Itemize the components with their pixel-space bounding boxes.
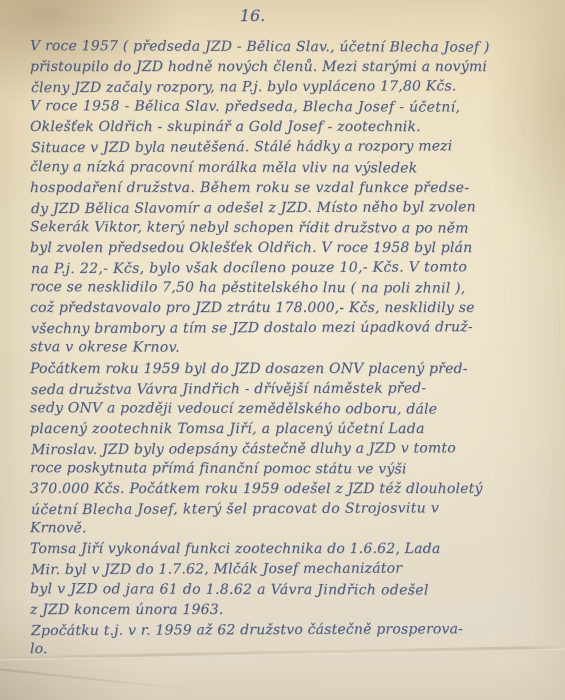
handwritten-line: Počátkem roku 1959 byl do JZD dosazen ON… — [30, 359, 550, 379]
handwritten-line: Mir. byl v JZD do 1.7.62, Mlčák Josef me… — [31, 558, 551, 580]
handwritten-line: hospodaření družstva. Během roku se vzda… — [30, 178, 550, 198]
page-number: 16. — [0, 6, 535, 25]
handwritten-line: přistoupilo do JZD hodně nových členů. M… — [30, 57, 550, 77]
handwritten-line: což představovalo pro JZD ztrátu 178.000… — [30, 298, 550, 318]
handwritten-line: Krnově. — [30, 518, 550, 540]
handwritten-line: byl v JZD od jara 61 do 1.8.62 a Vávra J… — [30, 579, 550, 601]
handwritten-line: roce poskytnuta přímá finanční pomoc stá… — [30, 458, 550, 480]
handwritten-line: V roce 1958 - Bělica Slav. předseda, Ble… — [30, 96, 550, 118]
handwritten-text-block: V roce 1957 ( předseda JZD - Bělica Slav… — [30, 37, 550, 660]
handwritten-line: na P.j. 22,- Kčs, bylo však docíleno pou… — [31, 257, 551, 279]
handwritten-line: Oklešťek Oldřich - skupinář a Gold Josef… — [30, 117, 550, 137]
handwritten-line: V roce 1957 ( předseda JZD - Bělica Slav… — [30, 36, 550, 58]
handwritten-line: Zpočátku t.j. v r. 1959 až 62 družstvo č… — [31, 619, 551, 641]
handwritten-line: členy JZD začaly rozpory, na P.j. bylo v… — [31, 76, 551, 98]
handwritten-line: Miroslav. JZD byly odepsány částečně dlu… — [31, 438, 551, 460]
handwritten-line: byl zvolen předsedou Oklešťek Oldřich. V… — [30, 238, 550, 258]
handwritten-line: účetní Blecha Josef, který šel pracovat … — [31, 498, 551, 520]
handwritten-line: 370.000 Kčs. Počátkem roku 1959 odešel z… — [30, 479, 550, 499]
handwritten-line: roce se nesklidilo 7,50 ha pěstitelského… — [30, 277, 550, 299]
handwritten-line: Situace v JZD byla neutěšená. Stálé hádk… — [31, 136, 551, 158]
handwritten-line: členy a nízká pracovní morálka měla vliv… — [30, 157, 550, 179]
handwritten-line: seda družstva Vávra Jindřich - dřívější … — [31, 377, 551, 399]
handwritten-line: dy JZD Bělica Slavomír a odešel z JZD. M… — [31, 197, 551, 219]
handwritten-line: Tomsa Jiří vykonával funkci zootechnika … — [30, 539, 550, 559]
handwritten-line: všechny brambory a tím se JZD dostalo me… — [31, 317, 551, 339]
handwritten-line: stva v okrese Krnov. — [30, 337, 550, 359]
handwritten-line: z JZD koncem února 1963. — [30, 600, 550, 620]
handwritten-line: Sekerák Viktor, který nebyl schopen řídi… — [30, 217, 550, 239]
paper-crease — [0, 667, 229, 694]
notebook-page: 16. V roce 1957 ( předseda JZD - Bělica … — [0, 0, 565, 700]
handwritten-line: placený zootechnik Tomsa Jiří, a placený… — [30, 419, 550, 439]
handwritten-line: sedy ONV a později vedoucí zemědělského … — [30, 398, 550, 420]
